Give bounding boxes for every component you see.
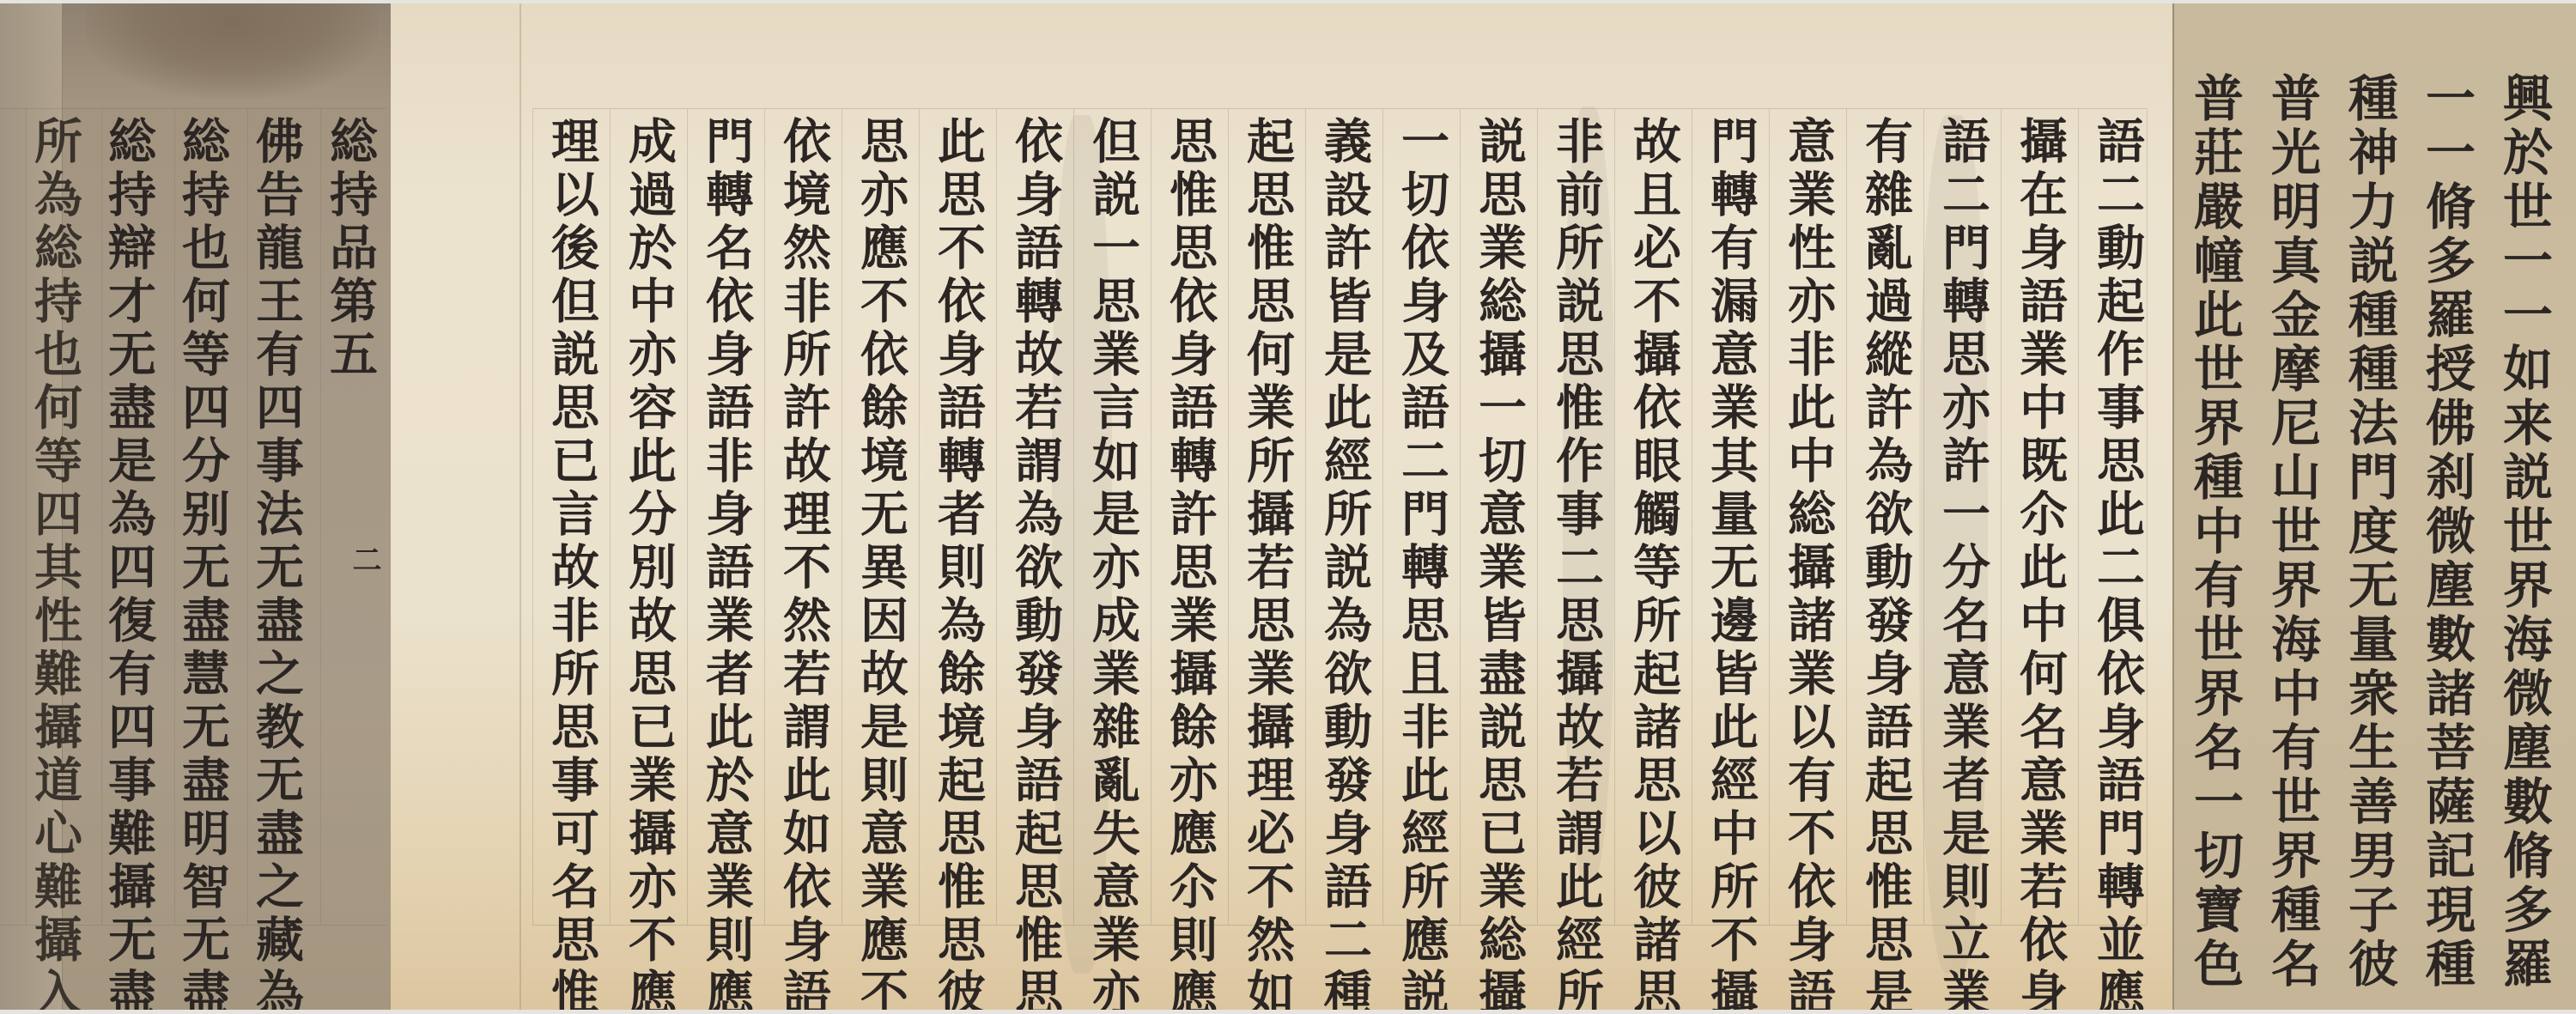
- ruling-line: [320, 109, 321, 925]
- ruling-line: [532, 109, 533, 925]
- text-column: 一切依身及語二門轉思且非此經所應説: [1398, 116, 1446, 1010]
- page-number: 二: [343, 544, 386, 574]
- text-column: 攝在身語業中既尒此中何名意業若依身: [2016, 116, 2064, 1010]
- text-column: 興於世一一如来説世界海微塵數脩多羅: [2499, 72, 2549, 992]
- ruling-line: [764, 109, 765, 925]
- text-column: 思亦應不依餘境无異因故是則意業應不: [857, 116, 905, 1010]
- ruling-line: [1692, 109, 1692, 925]
- ruling-line: [687, 109, 688, 925]
- left-paper-panel: 所為総持也何等四其性難攝道心難攝入 総持辯才无盡是為四復有四事難攝无盡 総持也何…: [0, 3, 391, 1010]
- ruling-line: [1382, 109, 1383, 925]
- text-column: 依身語轉故若謂為欲動發身語起思惟思: [1012, 116, 1060, 1010]
- bottom-border-strip: [0, 1010, 2576, 1014]
- text-column: 此思不依身語轉者則為餘境起思惟思彼: [934, 116, 982, 1010]
- left-ruled-area: 所為総持也何等四其性難攝道心難攝入 総持辯才无盡是為四復有四事難攝无盡 総持也何…: [0, 108, 386, 926]
- ruling-line: [2078, 109, 2079, 925]
- ruling-line: [1460, 109, 1461, 925]
- ruling-line: [996, 109, 997, 925]
- sutra-handscroll: 所為総持也何等四其性難攝道心難攝入 総持辯才无盡是為四復有四事難攝无盡 総持也何…: [0, 3, 2576, 1010]
- ruling-line: [1073, 109, 1074, 925]
- text-column: 但説一思業言如是亦成業雜亂失意業亦: [1089, 116, 1137, 1010]
- ruling-line: [610, 109, 611, 925]
- ruling-line: [2001, 109, 2002, 925]
- ruling-line: [1614, 109, 1615, 925]
- text-column: 語二門轉思亦許一分名意業者是則立業: [1939, 116, 1987, 1010]
- ruling-line: [1769, 109, 1770, 925]
- ruling-line: [1923, 109, 1924, 925]
- ruling-line: [1537, 109, 1538, 925]
- middle-ruled-area: 語二動起作事思此二俱依身語門轉並應 攝在身語業中既尒此中何名意業若依身 語二門轉…: [532, 108, 2147, 926]
- text-column: 思惟思依身語轉許思業攝餘亦應尒則應: [1166, 116, 1214, 1010]
- ruling-line: [1228, 109, 1229, 925]
- water-stain: [86, 3, 378, 98]
- text-column: 説思業総攝一切意業皆盡説思已業総攝: [1475, 116, 1523, 1010]
- text-column: 依境然非所許故理不然若謂此如依身語: [780, 116, 828, 1010]
- text-column: 非前所説思惟作事二思攝故若謂此經所: [1552, 116, 1601, 1010]
- ruling-line: [919, 109, 920, 925]
- ruling-line: [2147, 109, 2148, 925]
- text-column: 意業性亦非此中総攝諸業以有不依身語: [1784, 116, 1832, 1010]
- ruling-line: [841, 109, 842, 925]
- text-column: 門轉名依身語非身語業者此於意業則應: [702, 116, 750, 1010]
- text-column: 故且必不攝依眼觸等所起諸思以彼諸思: [1630, 116, 1678, 1010]
- text-column: 起思惟思何業所攝若思業攝理必不然如: [1243, 116, 1291, 1010]
- text-column: 佛告龍王有四事法无盡之教无盡之藏為: [252, 116, 301, 1010]
- ruling-line: [1151, 109, 1151, 925]
- text-column: 総持也何等四分别无盡慧无盡明智无盡: [179, 116, 227, 1010]
- right-text-area: 興於世一一如来説世界海微塵數脩多羅 一一脩多羅授佛刹微塵數諸菩薩記現種 種神力説…: [2191, 72, 2569, 931]
- text-column: 所為総持也何等四其性難攝道心難攝入: [31, 116, 79, 1010]
- text-column: 語二動起作事思此二俱依身語門轉並應: [2093, 116, 2142, 1010]
- text-column: 理以後但説思已言故非所思事可名思惟: [548, 116, 596, 1010]
- text-column: 総持辯才无盡是為四復有四事難攝无盡: [105, 116, 153, 1010]
- ruling-line: [1305, 109, 1306, 925]
- right-paper-panel: 興於世一一如来説世界海微塵數脩多羅 一一脩多羅授佛刹微塵數諸菩薩記現種 種神力説…: [2172, 3, 2576, 1010]
- paper-seam: [519, 3, 521, 1010]
- text-column: 成過於中亦容此分別故思已業攝亦不應: [625, 116, 673, 1010]
- text-column: 門轉有漏意業其量无邊皆此經中所不攝: [1707, 116, 1755, 1010]
- text-column: 義設許皆是此經所説為欲動發身語二種: [1321, 116, 1369, 1010]
- text-column: 普光明真金摩尼山世界海中有世界種名: [2267, 72, 2317, 992]
- chapter-title: 総持品第五: [326, 116, 374, 382]
- middle-paper-panel: 語二動起作事思此二俱依身語門轉並應 攝在身語業中既尒此中何名意業若依身 語二門轉…: [391, 3, 2172, 1010]
- text-column: 普莊嚴幢此世界種中有世界名一切寶色: [2190, 72, 2239, 992]
- ruling-line: [1846, 109, 1847, 925]
- text-column: 一一脩多羅授佛刹微塵數諸菩薩記現種: [2421, 72, 2471, 992]
- text-column: 種神力説種種法門度无量衆生善男子彼: [2344, 72, 2394, 992]
- text-column: 有雜亂過縱許為欲動發身語起思惟思是: [1862, 116, 1910, 1010]
